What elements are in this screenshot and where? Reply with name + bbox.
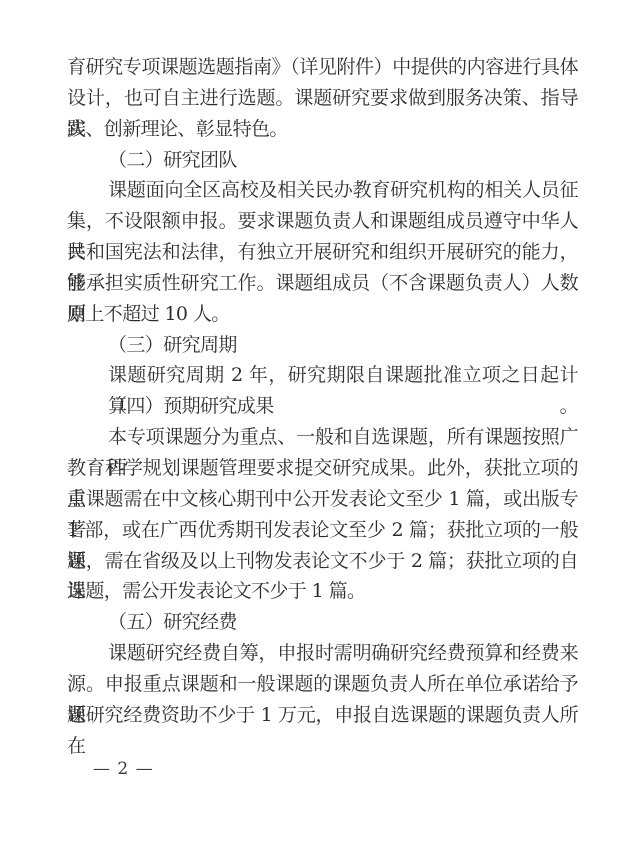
text-line: 1 部，或在广西优秀期刊发表论文至少 2 篇；获批立项的一般课 (67, 515, 578, 546)
page-number: — 2 — (93, 759, 154, 779)
text-line: 课题研究周期 2 年，研究期限自课题批准立项之日起计算。 (67, 360, 578, 391)
text-line: 课题，需公开发表论文不少于 1 篇。 (67, 576, 578, 607)
text-line: 教育科学规划课题管理要求提交研究成果。此外，获批立项的重 (67, 453, 578, 484)
text-line: （五）研究经费 (67, 607, 578, 638)
text-line: 集，不设限额申报。要求课题负责人和课题组成员遵守中华人民 (67, 206, 578, 237)
text-line: 践、创新理论、彰显特色。 (67, 114, 578, 145)
text-line: （二）研究团队 (67, 145, 578, 176)
text-block: 育研究专项课题选题指南》（详见附件）中提供的内容进行具体设计，也可自主进行选题。… (67, 52, 578, 731)
document-page: 育研究专项课题选题指南》（详见附件）中提供的内容进行具体设计，也可自主进行选题。… (0, 0, 641, 842)
text-line: 源。申报重点课题和一般课题的课题负责人所在单位承诺给予课 (67, 669, 578, 700)
text-line: 课题研究经费自筹，申报时需明确研究经费预算和经费来 (67, 638, 578, 669)
text-line: 点课题需在中文核心期刊中公开发表论文至少 1 篇，或出版专著 (67, 484, 578, 515)
text-line: 设计，也可自主进行选题。课题研究要求做到服务决策、指导实 (67, 83, 578, 114)
text-line: 本专项课题分为重点、一般和自选课题，所有课题按照广西 (67, 422, 578, 453)
text-line: 够承担实质性研究工作。课题组成员（不含课题负责人）人数原 (67, 268, 578, 299)
text-line: 则上不超过 10 人。 (67, 299, 578, 330)
text-line: （三）研究周期 (67, 330, 578, 361)
text-line: 题研究经费资助不少于 1 万元，申报自选课题的课题负责人所在 (67, 700, 578, 731)
text-line: 课题面向全区高校及相关民办教育研究机构的相关人员征 (67, 175, 578, 206)
text-line: 共和国宪法和法律，有独立开展研究和组织开展研究的能力，能 (67, 237, 578, 268)
text-line: 育研究专项课题选题指南》（详见附件）中提供的内容进行具体 (67, 52, 578, 83)
text-line: 题，需在省级及以上刊物发表论文不少于 2 篇；获批立项的自选 (67, 546, 578, 577)
